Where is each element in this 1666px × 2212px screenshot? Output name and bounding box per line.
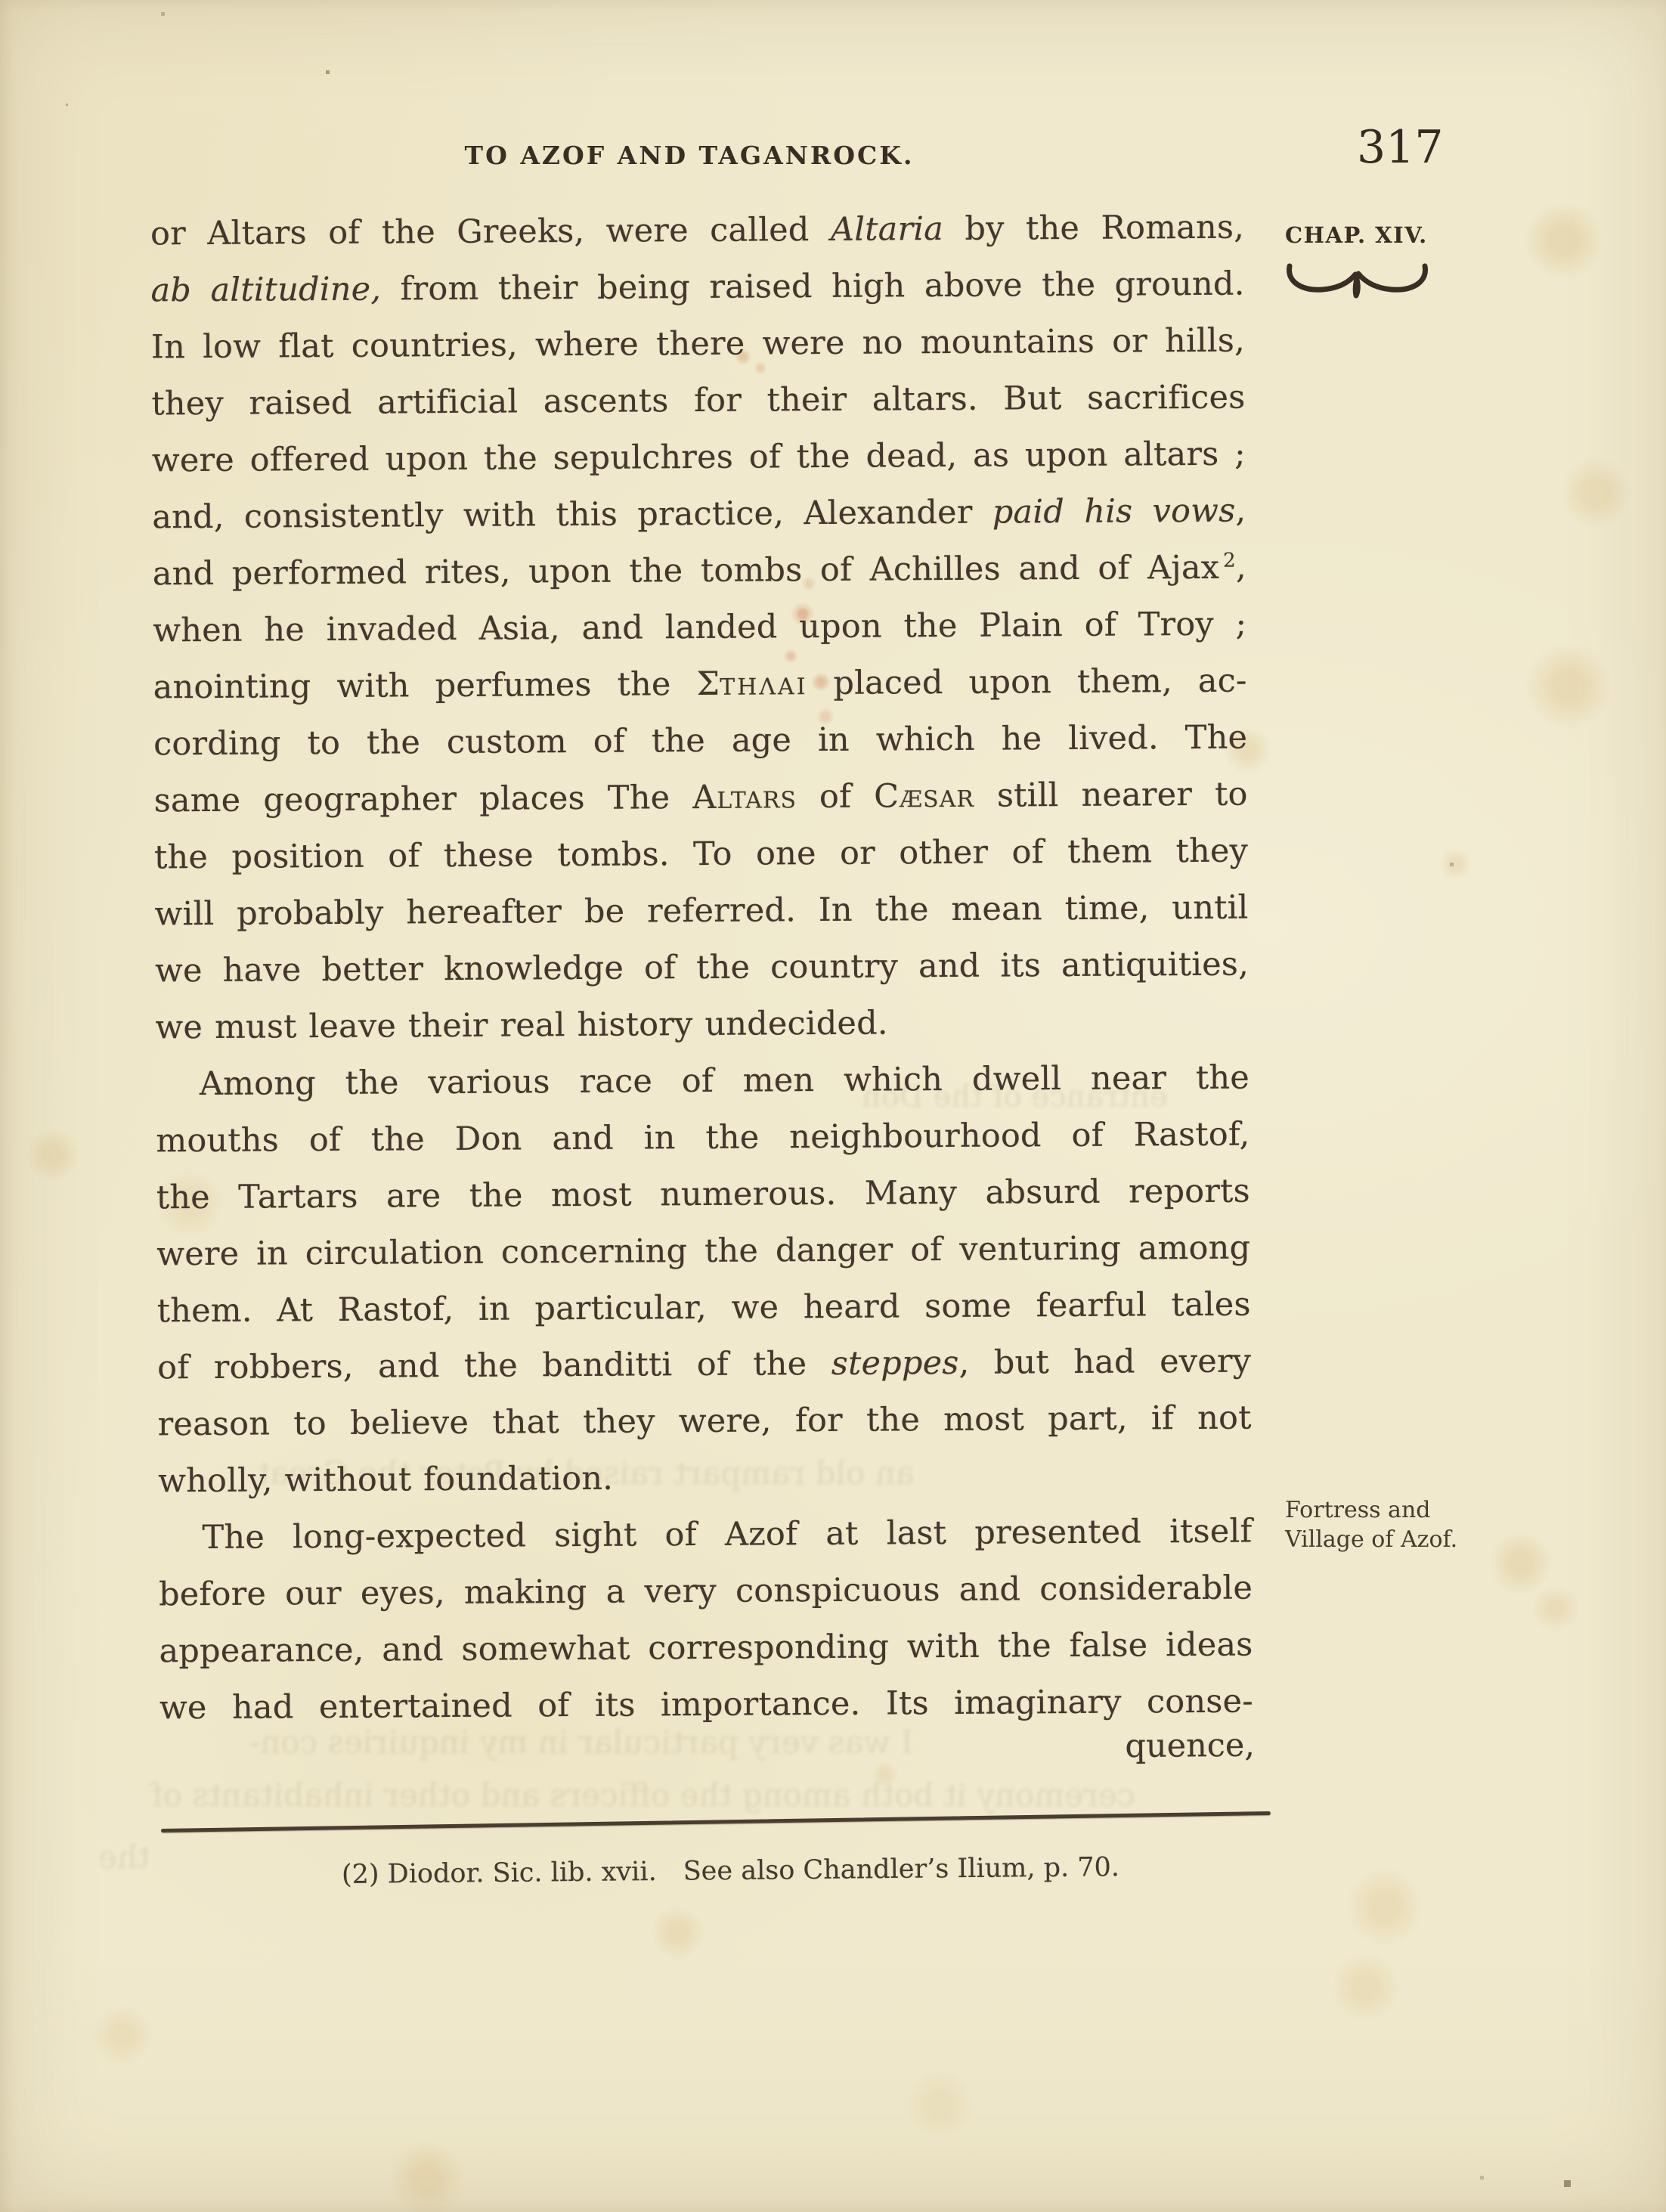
text-line: same geographer places The Altars of Cæs… <box>153 767 1247 830</box>
text-line: of robbers, and the banditti of the step… <box>157 1334 1251 1397</box>
book-page: entrance of the Donan old rampart raised… <box>0 0 1666 2212</box>
margin-note-fortress: Fortress and Village of Azof. <box>1285 1495 1466 1554</box>
text-line: reason to believe that they were, for th… <box>157 1390 1251 1454</box>
footnote: (2) Diodor. Sic. lib. xvii. See also Cha… <box>342 1852 1119 1890</box>
show-through-fragment: ceremony it both among the officers and … <box>151 1777 1135 1814</box>
text-line: were in circulation concerning the dange… <box>156 1220 1250 1284</box>
text-line: they raised artificial ascents for their… <box>151 370 1245 433</box>
text-line: cording to the custom of the age in whic… <box>153 710 1247 773</box>
text-line: and, consistently with this practice, Al… <box>152 483 1246 547</box>
text-line: the Tartars are the most numerous. Many … <box>156 1163 1250 1227</box>
text-line: anointing with perfumes the ΣΤΗΛΑΙ place… <box>153 653 1246 717</box>
text-line: the position of these tombs. To one or o… <box>154 823 1248 887</box>
text-line: and performed rites, upon the tombs of A… <box>153 540 1246 603</box>
footnote-rule <box>161 1811 1271 1832</box>
chapter-brace-ornament <box>1284 257 1431 301</box>
show-through-fragment: the <box>98 1839 150 1876</box>
running-head: TO AZOF AND TAGANROCK. <box>122 141 1256 170</box>
chapter-label: CHAP. XIV. <box>1285 222 1459 248</box>
text-line: ab altitudine, from their being raised h… <box>150 256 1244 320</box>
text-line: will probably hereafter be referred. In … <box>154 880 1248 943</box>
text-line: wholly, without foundation. <box>158 1447 1252 1510</box>
text-line: we must leave their real history undecid… <box>155 993 1249 1057</box>
text-line: we have better knowledge of the country … <box>155 937 1249 1000</box>
text-line: or Altars of the Greeks, were called Alt… <box>150 200 1244 263</box>
text-line: Among the various race of men which dwel… <box>156 1050 1249 1114</box>
body-text: or Altars of the Greeks, were called Alt… <box>150 200 1253 1737</box>
text-line: were offered upon the sepulchres of the … <box>152 426 1246 490</box>
text-line: appearance, and somewhat corresponding w… <box>159 1617 1253 1681</box>
text-line: In low flat countries, where there were … <box>151 313 1245 376</box>
page-number: 317 <box>1357 121 1444 174</box>
text-line: them. At Rastof, in particular, we heard… <box>157 1277 1251 1340</box>
text-line: before our eyes, making a very conspicuo… <box>159 1560 1253 1624</box>
text-line: when he invaded Asia, and landed upon th… <box>153 596 1246 660</box>
ink-specks <box>0 0 1 1</box>
text-line: The long-expected sight of Azof at last … <box>158 1504 1252 1567</box>
text-line: mouths of the Don and in the neighbourho… <box>156 1107 1249 1170</box>
